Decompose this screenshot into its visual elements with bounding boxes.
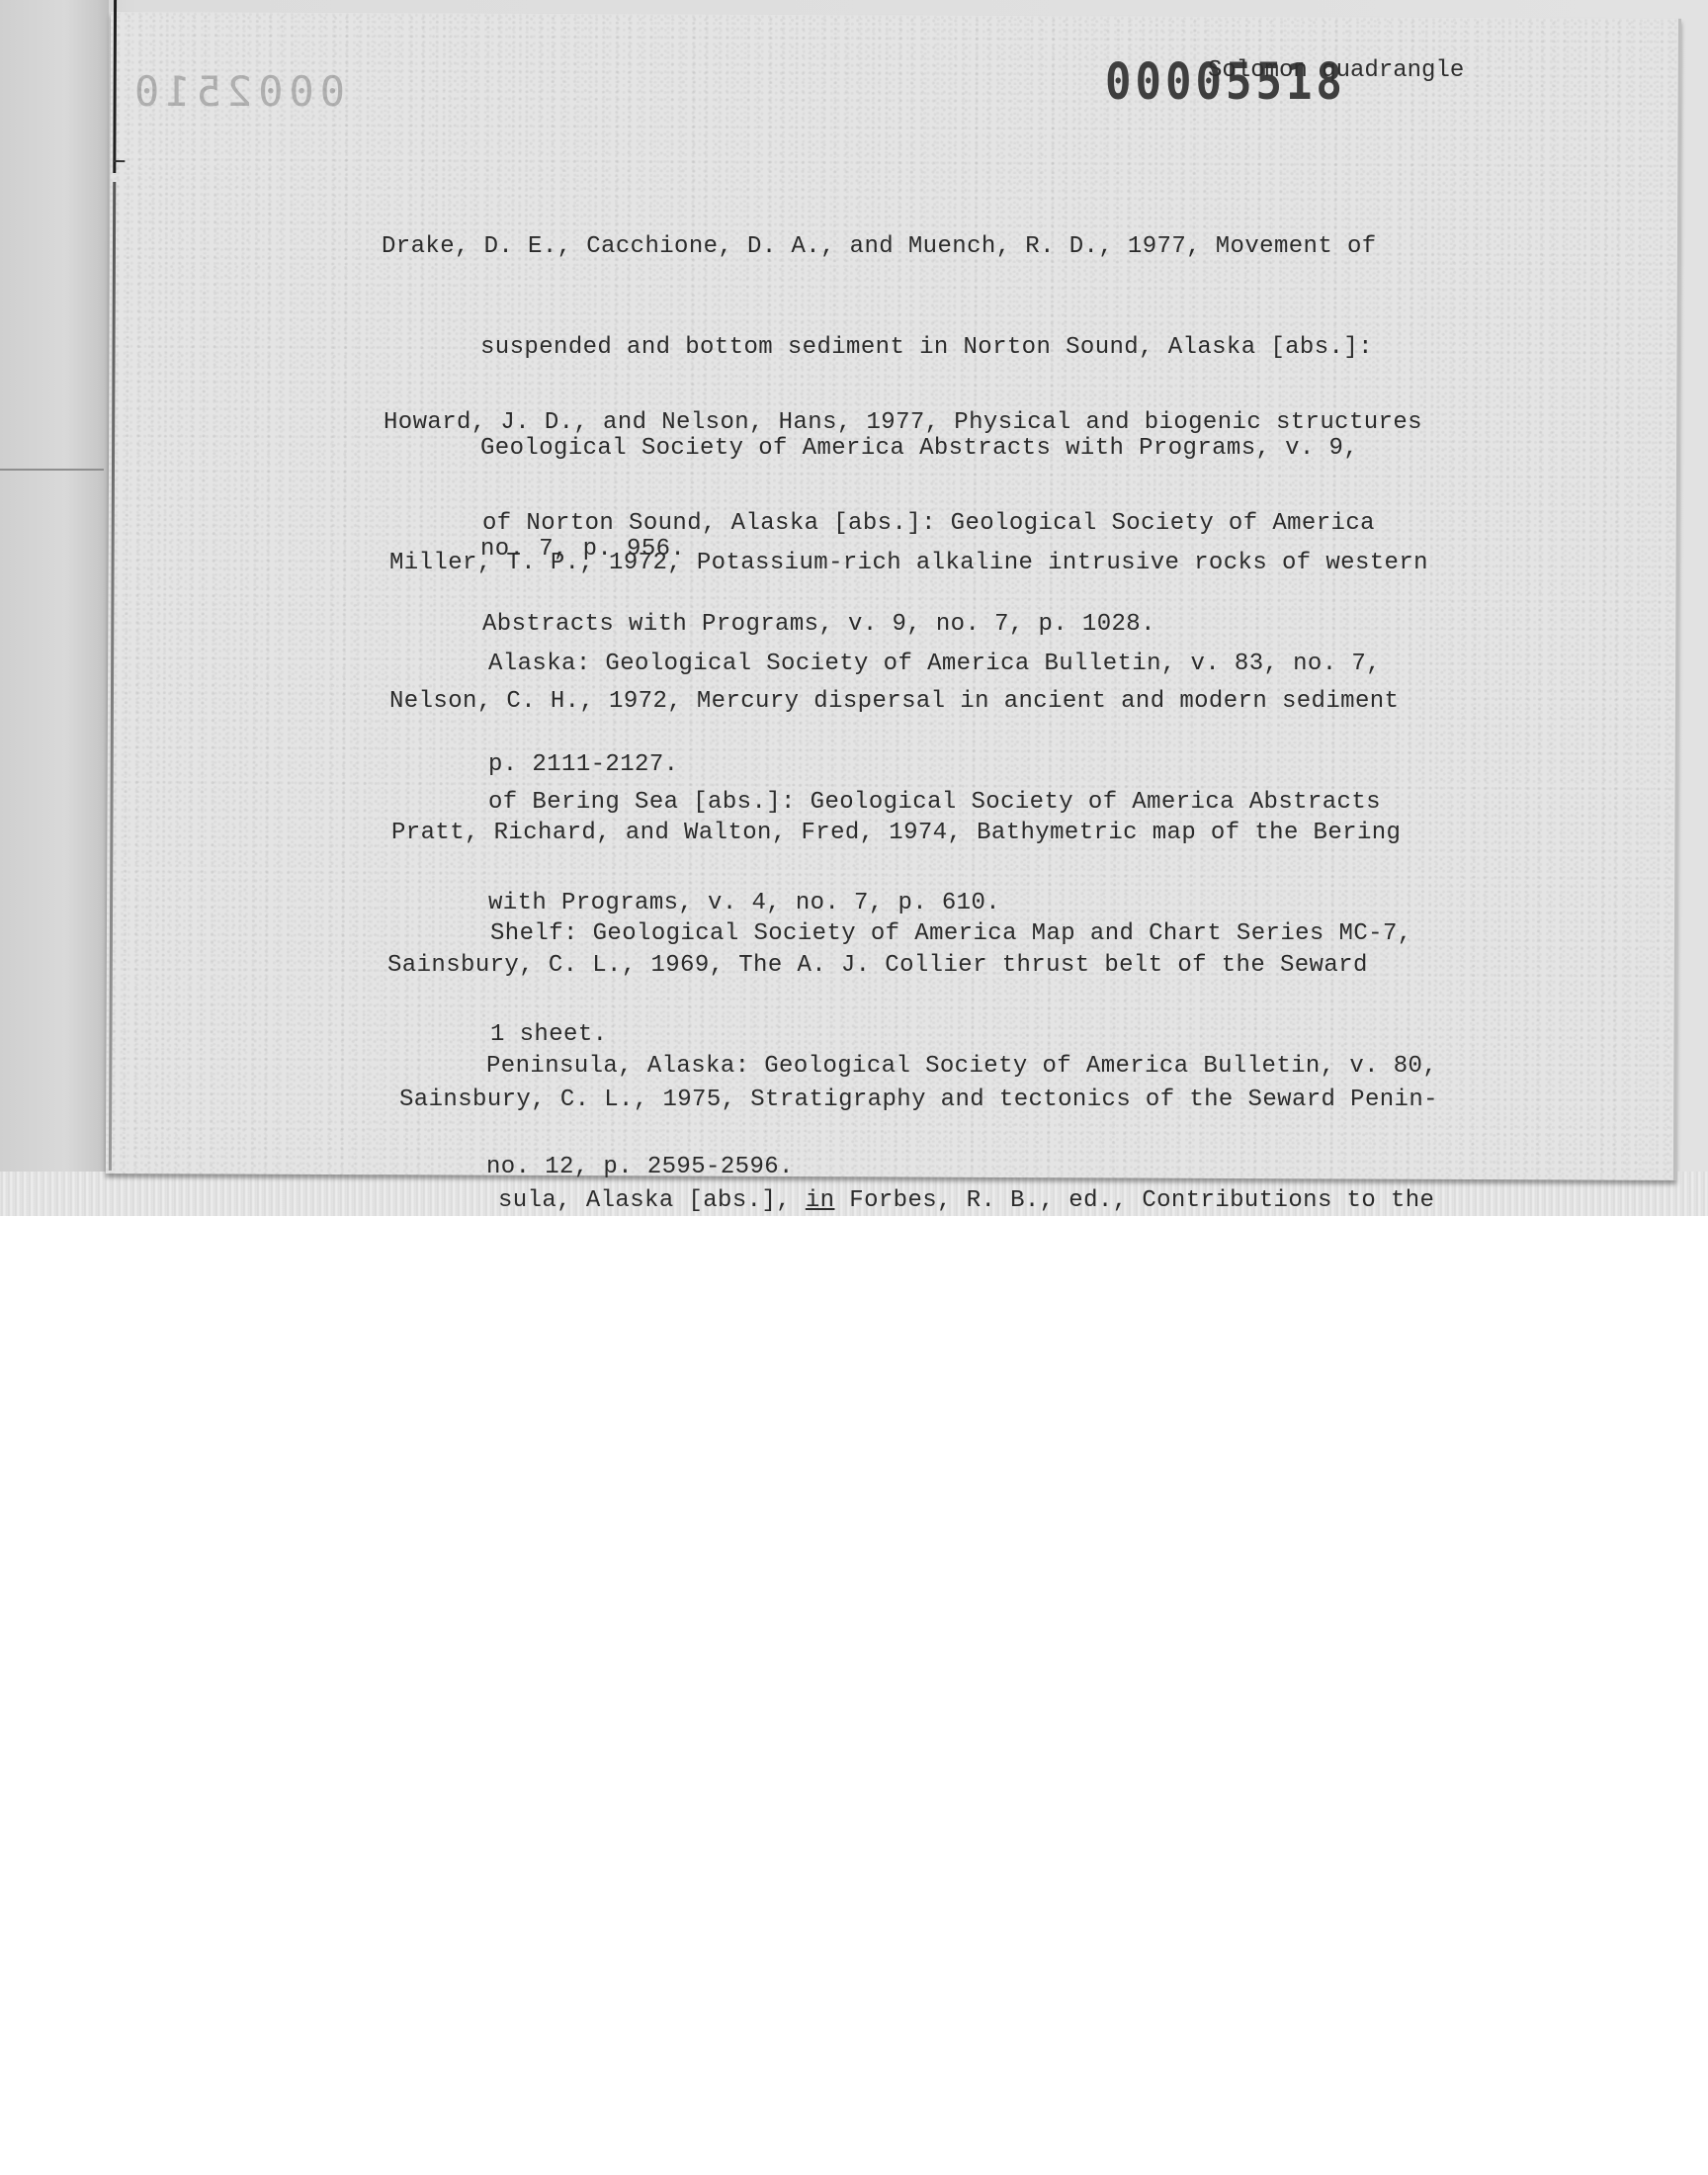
blank-page-area: [0, 1216, 1708, 2175]
citation-line-part: sula, Alaska [abs.],: [498, 1187, 806, 1214]
card-margin-rule-lower: [109, 182, 116, 1171]
adjacent-card-edge: [0, 0, 109, 1216]
underlined-in: in: [806, 1187, 835, 1214]
citation-line: Nelson, C. H., 1972, Mercury dispersal i…: [389, 685, 1399, 719]
citation-entry: Sainsbury, C. L., 1975, Stratigraphy and…: [399, 1016, 1438, 1216]
scanned-image: 0002510 00005518 Solomon quadrangle Drak…: [0, 0, 1708, 1216]
citation-line: Pratt, Richard, and Walton, Fred, 1974, …: [391, 817, 1412, 850]
citation-line: Sainsbury, C. L., 1969, The A. J. Collie…: [387, 949, 1437, 983]
citation-line: sula, Alaska [abs.], in Forbes, R. B., e…: [399, 1184, 1438, 1216]
card-margin-tick: [113, 160, 125, 162]
citation-line: Miller, T. P., 1972, Potassium-rich alka…: [389, 547, 1428, 580]
citation-line: Drake, D. E., Cacchione, D. A., and Muen…: [382, 230, 1377, 264]
citation-line: Sainsbury, C. L., 1975, Stratigraphy and…: [399, 1084, 1438, 1117]
adjacent-card-rule: [0, 469, 104, 471]
citation-line: Howard, J. D., and Nelson, Hans, 1977, P…: [384, 406, 1422, 440]
quadrangle-header: Solomon quadrangle: [1208, 57, 1464, 84]
citation-line-part: Forbes, R. B., ed., Contributions to the: [834, 1187, 1434, 1214]
bleed-through-number: 0002510: [128, 67, 345, 116]
card-margin-rule: [113, 0, 117, 173]
